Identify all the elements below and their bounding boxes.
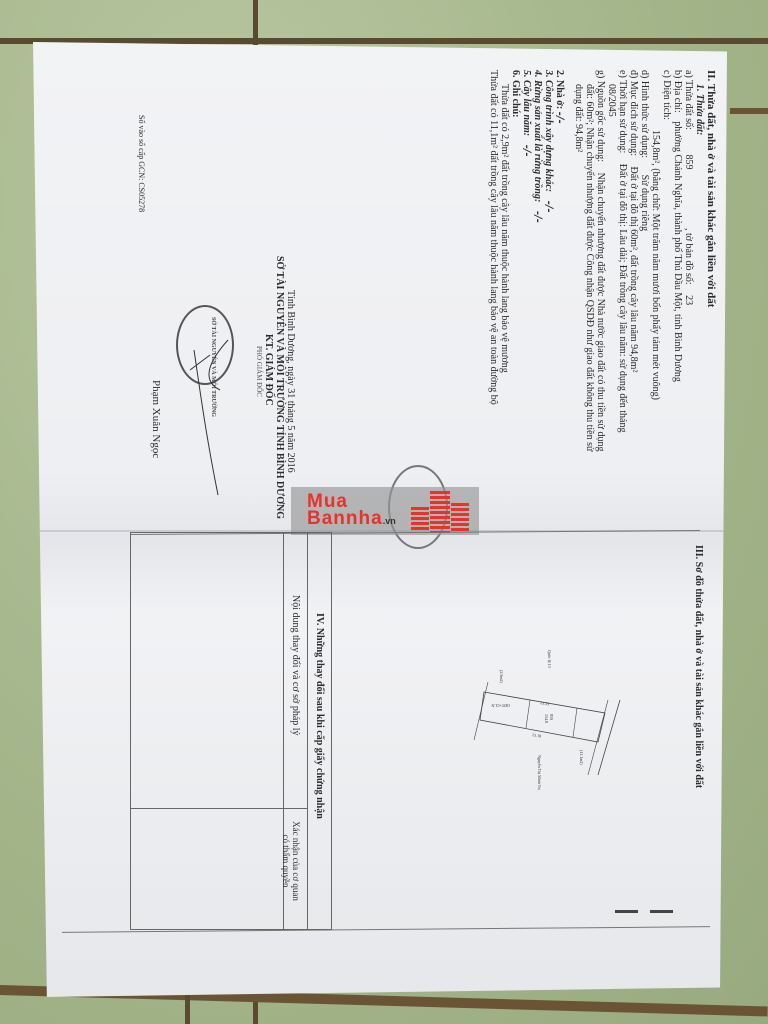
svg-text:Quốc lộ 13: Quốc lộ 13 [547, 650, 552, 668]
svg-text:(11.1m2): (11.1m2) [579, 750, 584, 765]
svg-text:23.35: 23.35 [540, 700, 550, 706]
signer-role: PHÓ GIÁM ĐỐC [255, 290, 263, 519]
svg-text:Nguyễn Thị Minh Trọng: Nguyễn Thị Minh Trọng [537, 755, 542, 790]
origin-row: g) Nguồn gốc sử dụng: Nhận chuyển nhượng… [595, 70, 606, 451]
signature-block: Tỉnh Bình Dương, ngày 31 tháng 5 năm 201… [255, 290, 296, 519]
note-1: Thửa đất có 2,9m² đất trồng cây lâu năm … [499, 70, 510, 451]
house-row: 2. Nhà ở: -/- [554, 70, 565, 451]
section-iii-title: III. Sơ đồ thửa đất, nhà ở và tài sản kh… [693, 545, 704, 788]
floor-grout-line [185, 990, 190, 1024]
signer-name: Phạm Xuân Ngọc [150, 380, 162, 458]
note-2: Thửa đất có 11,1m² đất trồng cây lâu năm… [488, 70, 499, 451]
watermark-banner: Mua Bannha.vn [291, 487, 479, 535]
svg-text:154.8: 154.8 [544, 714, 549, 723]
address-row: b) Địa chỉ: phường Chánh Nghĩa, thành ph… [672, 70, 683, 451]
usage-term-row: e) Thời hạn sử dụng: Đất ở tại đô thị: L… [617, 70, 628, 451]
changes-table: IV. Những thay đổi sau khi cấp giấy chứn… [130, 532, 332, 930]
date-line: Tỉnh Bình Dương, ngày 31 tháng 5 năm 201… [285, 290, 296, 519]
usage-purpose-row: đ) Mục đích sử dụng: Đất ở tại đô thị 60… [628, 70, 639, 451]
area-row: c) Diện tích: [661, 70, 672, 451]
parcel-number-row: a) Thửa đất số: 859 , tờ bản đồ số: 23 [683, 70, 694, 451]
building-icon [411, 489, 471, 533]
column-header-authority-confirmation: Xác nhận của cơ quan có thẩm quyền [281, 821, 301, 901]
forest-row: 4. Rừng sản xuất là rừng trồng: -/- [532, 70, 543, 451]
on-behalf: KT. GIÁM ĐỐC [263, 290, 274, 519]
map-sheet-number: 23 [683, 287, 694, 305]
watermark-logo: Mua Bannha.vn [307, 493, 396, 530]
column-header-change-content: Nội dung thay đổi và cơ sở pháp lý [290, 595, 301, 736]
section-iv-title: IV. Những thay đổi sau khi cấp giấy chứn… [314, 613, 325, 819]
land-plot-diagram: 23.35 23.18 859 154.8 ODT+CLN Quốc lộ 13… [470, 590, 650, 790]
svg-text:ODT+CLN: ODT+CLN [491, 703, 510, 708]
address: phường Chánh Nghĩa, thành phố Thủ Dầu Mộ… [672, 115, 683, 382]
section-ii-title: II. Thửa đất, nhà ở và tài sản khác gắn … [705, 70, 716, 451]
parcel-number: 859 [683, 132, 694, 169]
area-value: 154,8m², (bằng chữ: Một trăm năm mươi bố… [650, 70, 661, 451]
other-construction-row: 3. Công trình xây dựng khác: -/- [543, 70, 554, 451]
notes-heading: 6. Ghi chú: [510, 70, 521, 451]
usage-form-row: d) Hình thức sử dụng: Sử dụng riêng [639, 70, 650, 451]
svg-text:23.18: 23.18 [532, 732, 542, 738]
svg-text:(2.9m2): (2.9m2) [499, 670, 504, 683]
floor-grout-line [730, 108, 768, 114]
scale-bar [615, 910, 673, 913]
section-ii: II. Thửa đất, nhà ở và tài sản khác gắn … [488, 70, 716, 451]
issuing-agency: SỞ TÀI NGUYÊN VÀ MÔI TRƯỜNG TỈNH BÌNH DƯ… [274, 256, 285, 519]
perennial-row: 5. Cây lâu năm: -/- [521, 70, 532, 451]
signature-stroke [180, 330, 240, 500]
land-heading: 1. Thửa đất: [694, 70, 705, 451]
registry-number: Số vào sổ cấp GCN: CS05278 [137, 115, 146, 212]
